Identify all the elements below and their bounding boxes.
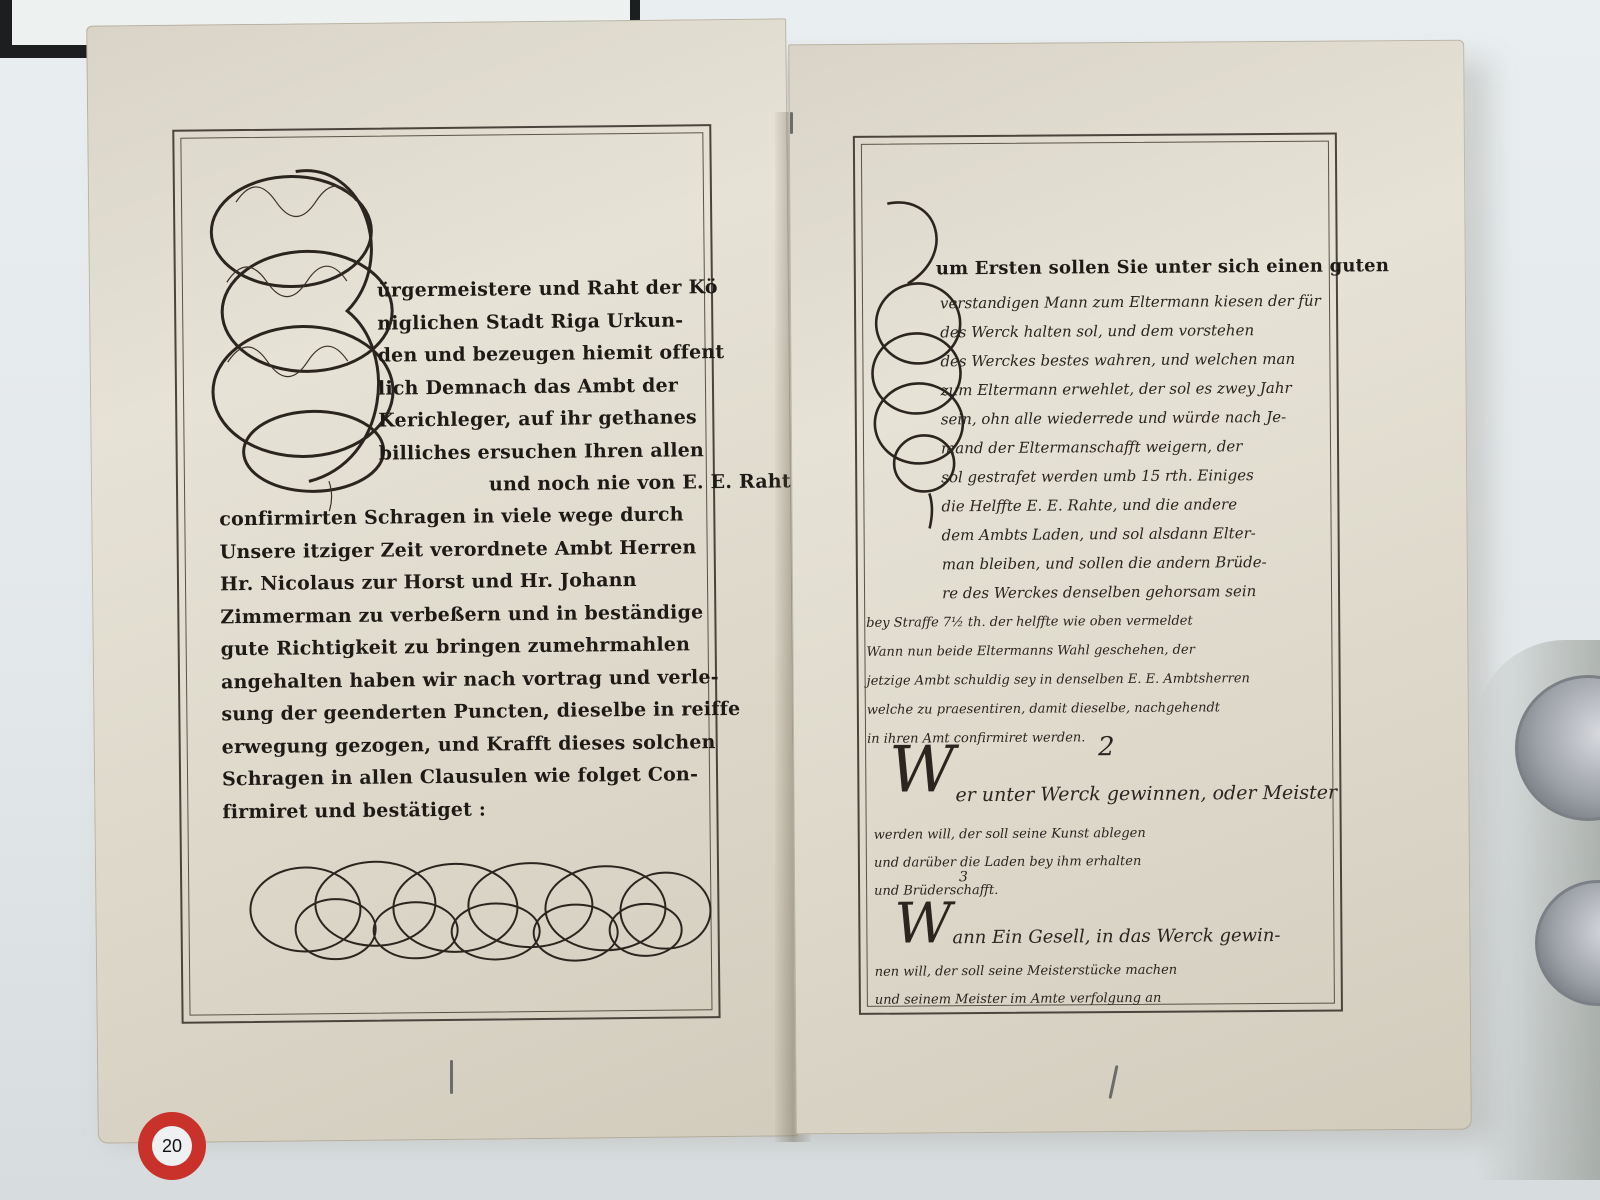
text-line: angehalten haben wir nach vortrag und ve…: [221, 660, 741, 698]
text-line: Zimmerman zu verbeßern und in beständige: [220, 595, 740, 633]
text-line: ürgermeistere und Raht der Kö: [377, 270, 797, 307]
text-line: und seinem Meister im Amte verfolgung an: [875, 983, 1355, 1014]
text-line: welche zu praesentiren, damit dieselbe, …: [867, 692, 1367, 724]
display-pin-left: [450, 1060, 453, 1094]
text-line: und noch nie von E. E. Raht: [379, 465, 799, 502]
text-line: jetzige Ambt schuldig sey in denselben E…: [867, 663, 1367, 695]
text-line: sein, ohn alle wiederrede und würde nach…: [941, 402, 1421, 434]
text-line: des Werck halten sol, und dem vorstehen: [940, 315, 1420, 347]
section-2-heading: er unter Werck gewinnen, oder Meister: [955, 779, 1337, 811]
section-1-heading: um Ersten sollen Sie unter sich einen gu…: [936, 250, 1390, 286]
text-line: und darüber die Laden bey ihm erhalten: [874, 846, 1354, 877]
text-line: des Werckes bestes wahren, und welchen m…: [940, 344, 1420, 376]
section-3-initial: W: [894, 891, 952, 956]
text-line: werden will, der soll seine Kunst ablege…: [874, 818, 1354, 849]
text-line: zum Eltermann erwehlet, der sol es zwey …: [941, 373, 1421, 405]
text-line: billiches ersuchen Ihren allen: [378, 433, 798, 470]
section-3-number: 3: [959, 869, 968, 885]
text-line: bey Straffe 7½ th. der helffte wie oben …: [866, 605, 1366, 637]
text-line: sol gestrafet werden umb 15 rth. Einiges: [941, 460, 1421, 492]
text-line: Unsere itziger Zeit verordnete Ambt Herr…: [220, 530, 740, 568]
section-1-heading-line: um Ersten sollen Sie unter sich einen gu…: [936, 250, 1390, 286]
section-2-initial: W: [889, 733, 955, 807]
text-line: den und bezeugen hiemit offent: [377, 335, 797, 372]
text-line: firmiret und bestätiget :: [222, 790, 742, 828]
text-line: nen will, der soll seine Meisterstücke m…: [875, 955, 1355, 986]
display-pin-top: [790, 112, 793, 134]
text-line: dem Ambts Laden, und sol alsdann Elter-: [942, 518, 1422, 550]
text-line: lich Demnach das Ambt der: [378, 368, 798, 405]
text-line: mand der Eltermanschafft weigern, der: [941, 431, 1421, 463]
section-1-text: verstandigen Mann zum Eltermann kiesen d…: [940, 286, 1422, 608]
text-line: Kerichleger, auf ihr gethanes: [378, 400, 798, 437]
section-3-heading-line: ann Ein Gesell, in das Werck gewin-: [952, 921, 1280, 952]
text-line: die Helffte E. E. Rahte, und die andere: [941, 489, 1421, 521]
section-1-text-continued: bey Straffe 7½ th. der helffte wie oben …: [866, 605, 1367, 753]
section-3-heading: ann Ein Gesell, in das Werck gewin-: [952, 921, 1280, 952]
right-page: um Ersten sollen Sie unter sich einen gu…: [788, 40, 1472, 1135]
text-line: re des Werckes denselben gehorsam sein: [942, 576, 1422, 608]
text-line: niglichen Stadt Riga Urkun-: [377, 303, 797, 340]
text-line: erwegung gezogen, und Krafft dieses solc…: [222, 725, 742, 763]
text-line: Hr. Nicolaus zur Horst und Hr. Johann: [220, 563, 740, 601]
left-page: B ürgermeistere und Raht der Kö nigliche…: [86, 18, 798, 1143]
text-line: gute Richtigkeit zu bringen zumehrmahlen: [221, 628, 741, 666]
text-line: Schragen in allen Clausulen wie folget C…: [222, 758, 742, 796]
section-2-number: 2: [1098, 732, 1115, 762]
decorative-loop-flourish-icon: [245, 855, 716, 980]
left-page-text-continued: confirmirten Schragen in viele wege durc…: [219, 498, 742, 828]
section-2-heading-line: er unter Werck gewinnen, oder Meister: [955, 779, 1337, 811]
text-line: man bleiben, und sollen die andern Brüde…: [942, 547, 1422, 579]
text-line: sung der geenderten Puncten, dieselbe in…: [221, 693, 741, 731]
text-line: verstandigen Mann zum Eltermann kiesen d…: [940, 286, 1420, 318]
text-line: confirmirten Schragen in viele wege durc…: [219, 498, 739, 536]
left-page-text: ürgermeistere und Raht der Kö niglichen …: [377, 270, 799, 502]
exhibit-number-badge: 20: [138, 1112, 206, 1180]
text-line: Wann nun beide Eltermanns Wahl geschehen…: [866, 634, 1366, 666]
section-3-text: nen will, der soll seine Meisterstücke m…: [875, 955, 1355, 1014]
exhibit-number: 20: [152, 1126, 192, 1166]
